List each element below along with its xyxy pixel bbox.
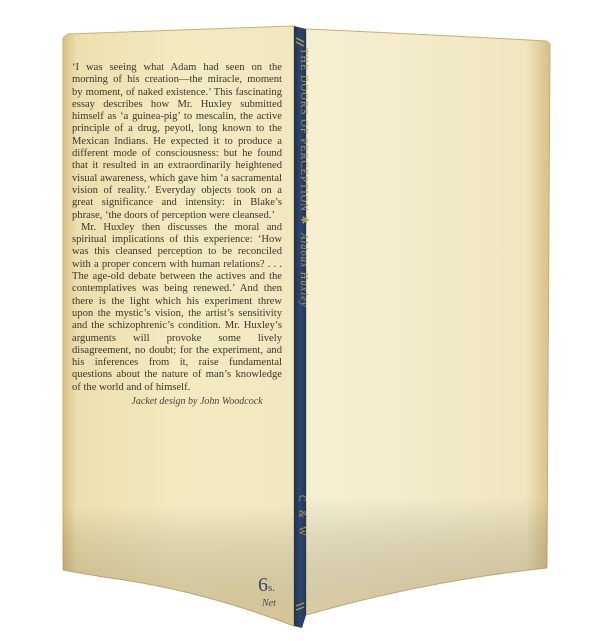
jacket-blurb: ‘I was seeing what Adam had seen on the … <box>72 62 282 394</box>
spine-author: Aldous Huxley <box>298 233 309 308</box>
price-amount: 6 <box>258 574 268 596</box>
price-unit: s. <box>268 582 275 594</box>
spine-publisher: C & W <box>296 495 307 539</box>
spine-separator-icon: ✱ <box>298 216 309 226</box>
jacket-design-credit: Jacket design by John Woodcock <box>112 396 282 407</box>
price-net-label: Net <box>262 598 276 609</box>
blurb-paragraph-1: ‘I was seeing what Adam had seen on the … <box>72 62 282 222</box>
spine-lettering: THE DOORS OF PERCEPTION ✱ Aldous Huxley <box>298 48 310 307</box>
blurb-paragraph-2: Mr. Huxley then discusses the moral and … <box>72 222 282 394</box>
price: 6s. <box>258 574 275 597</box>
spine-title: THE DOORS OF PERCEPTION <box>298 48 309 212</box>
book-jacket-photo: ‘I was seeing what Adam had seen on the … <box>0 0 600 641</box>
